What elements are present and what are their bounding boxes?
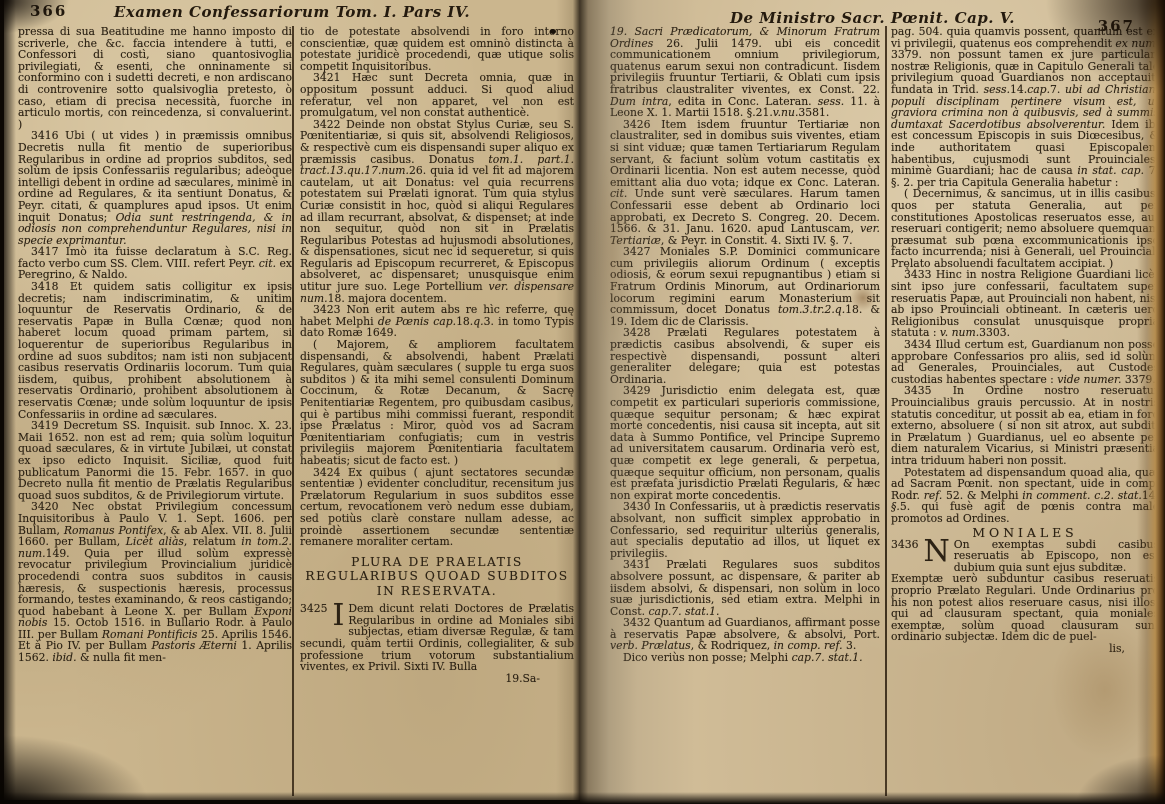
left-page-column-2: tio de potestate absolvendi in foro inte… [300,26,574,798]
paragraph: Exemptæ uerò subduntur casibus reseruati… [891,573,1159,643]
drop-cap: I [332,603,348,627]
paragraph: 3427 Moniales S.P. Dominici communicare … [610,246,880,327]
paragraph: 3431 Prælati Regulares suos subditos abs… [610,559,880,617]
paragraph: 3436NOn exemptas subdi casibus reseruati… [891,539,1159,574]
paragraph: pressa di sua Beatitudine me hanno impos… [18,26,292,130]
paragraph-number: 3436 [891,539,918,551]
paragraph: 3433 Hinc in nostra Religione Guardiani … [891,269,1159,339]
paragraph: pag. 504. quia quamvis possent, quantum … [891,26,1159,188]
paragraph: 3416 Ubi ( ut vides ) in præmissis omnib… [18,130,292,246]
paragraph: ( Decernimus, & sancimus, ut in illis ca… [891,188,1159,269]
catchword: 19.Sa- [300,673,574,685]
paragraph: 3420 Nec obstat Privilegium concessum In… [18,501,292,663]
paragraph: 3418 Et quidem satis colligitur ex ipsis… [18,281,292,420]
paragraph: 19. Sacri Prædicatorum, & Minorum Fratru… [610,26,880,119]
paragraph: 3430 In Confessariis, ut à prædictis res… [610,501,880,559]
paragraph: Potestatem ad dispensandum quoad alia, q… [891,467,1159,525]
paragraph-number: 3425 [300,603,327,615]
paragraph: 3417 Imò ita fuisse declaratum à S.C. Re… [18,246,292,281]
paragraph: 3435 In Ordine nostro reseruatur Prouinc… [891,385,1159,466]
paragraph: ( Majorem, & ampliorem facultatem dispen… [300,339,574,467]
paragraph: Dico veriùs non posse; Melphi cap.7. sta… [610,652,880,664]
page-left: 366 Examen Confessariorum Tom. I. Pars I… [4,0,580,800]
column-rule-left [292,26,294,796]
paragraph: 3424 Ex quibus ( ajunt sectatores secund… [300,467,574,548]
column-rule-right [885,26,887,796]
paragraph: 3428 Prælati Regulares potestatem à præd… [610,327,880,385]
paragraph: 3419 Decretum SS. Inquisit. sub Innoc. X… [18,420,292,501]
paragraph: 3421 Hæc sunt Decreta omnia, quæ in oppo… [300,72,574,118]
catchword: lis, [891,643,1159,655]
section-heading: PLURA DE PRAELATIS REGULARIBUS QUOAD SUB… [300,555,574,599]
paragraph: 3425IDem dicunt relati Doctores de Præla… [300,603,574,673]
paragraph: 3432 Quantum ad Guardianos, affirmant po… [610,617,880,652]
paragraph: tio de potestate absolvendi in foro inte… [300,26,574,72]
paragraph: 3423 Non erit autem abs re hìc referre, … [300,304,574,339]
page-right: De Ministro Sacr. Pœnit. Cap. V. 367 19.… [580,0,1165,804]
right-page-column-1: 19. Sacri Prædicatorum, & Minorum Fratru… [610,26,880,798]
running-title-right: De Ministro Sacr. Pœnit. Cap. V. [580,9,1165,27]
drop-cap: N [923,539,953,563]
paragraph: 3429 Jurisdictio enim delegata est, quæ … [610,385,880,501]
paragraph: 3426 Item isdem fruuntur Tertiariæ non c… [610,119,880,247]
right-page-column-2: pag. 504. quia quamvis possent, quantum … [891,26,1159,798]
left-page-column-1: pressa di sua Beatitudine me hanno impos… [18,26,292,798]
paragraph: 3422 Deinde non obstat Stylus Curiæ, seu… [300,119,574,305]
running-title-left: Examen Confessariorum Tom. I. Pars IV. [4,3,580,21]
paragraph: 3434 Illud certum est, Guardianum non po… [891,339,1159,385]
book-scan: 366 Examen Confessariorum Tom. I. Pars I… [0,0,1165,804]
